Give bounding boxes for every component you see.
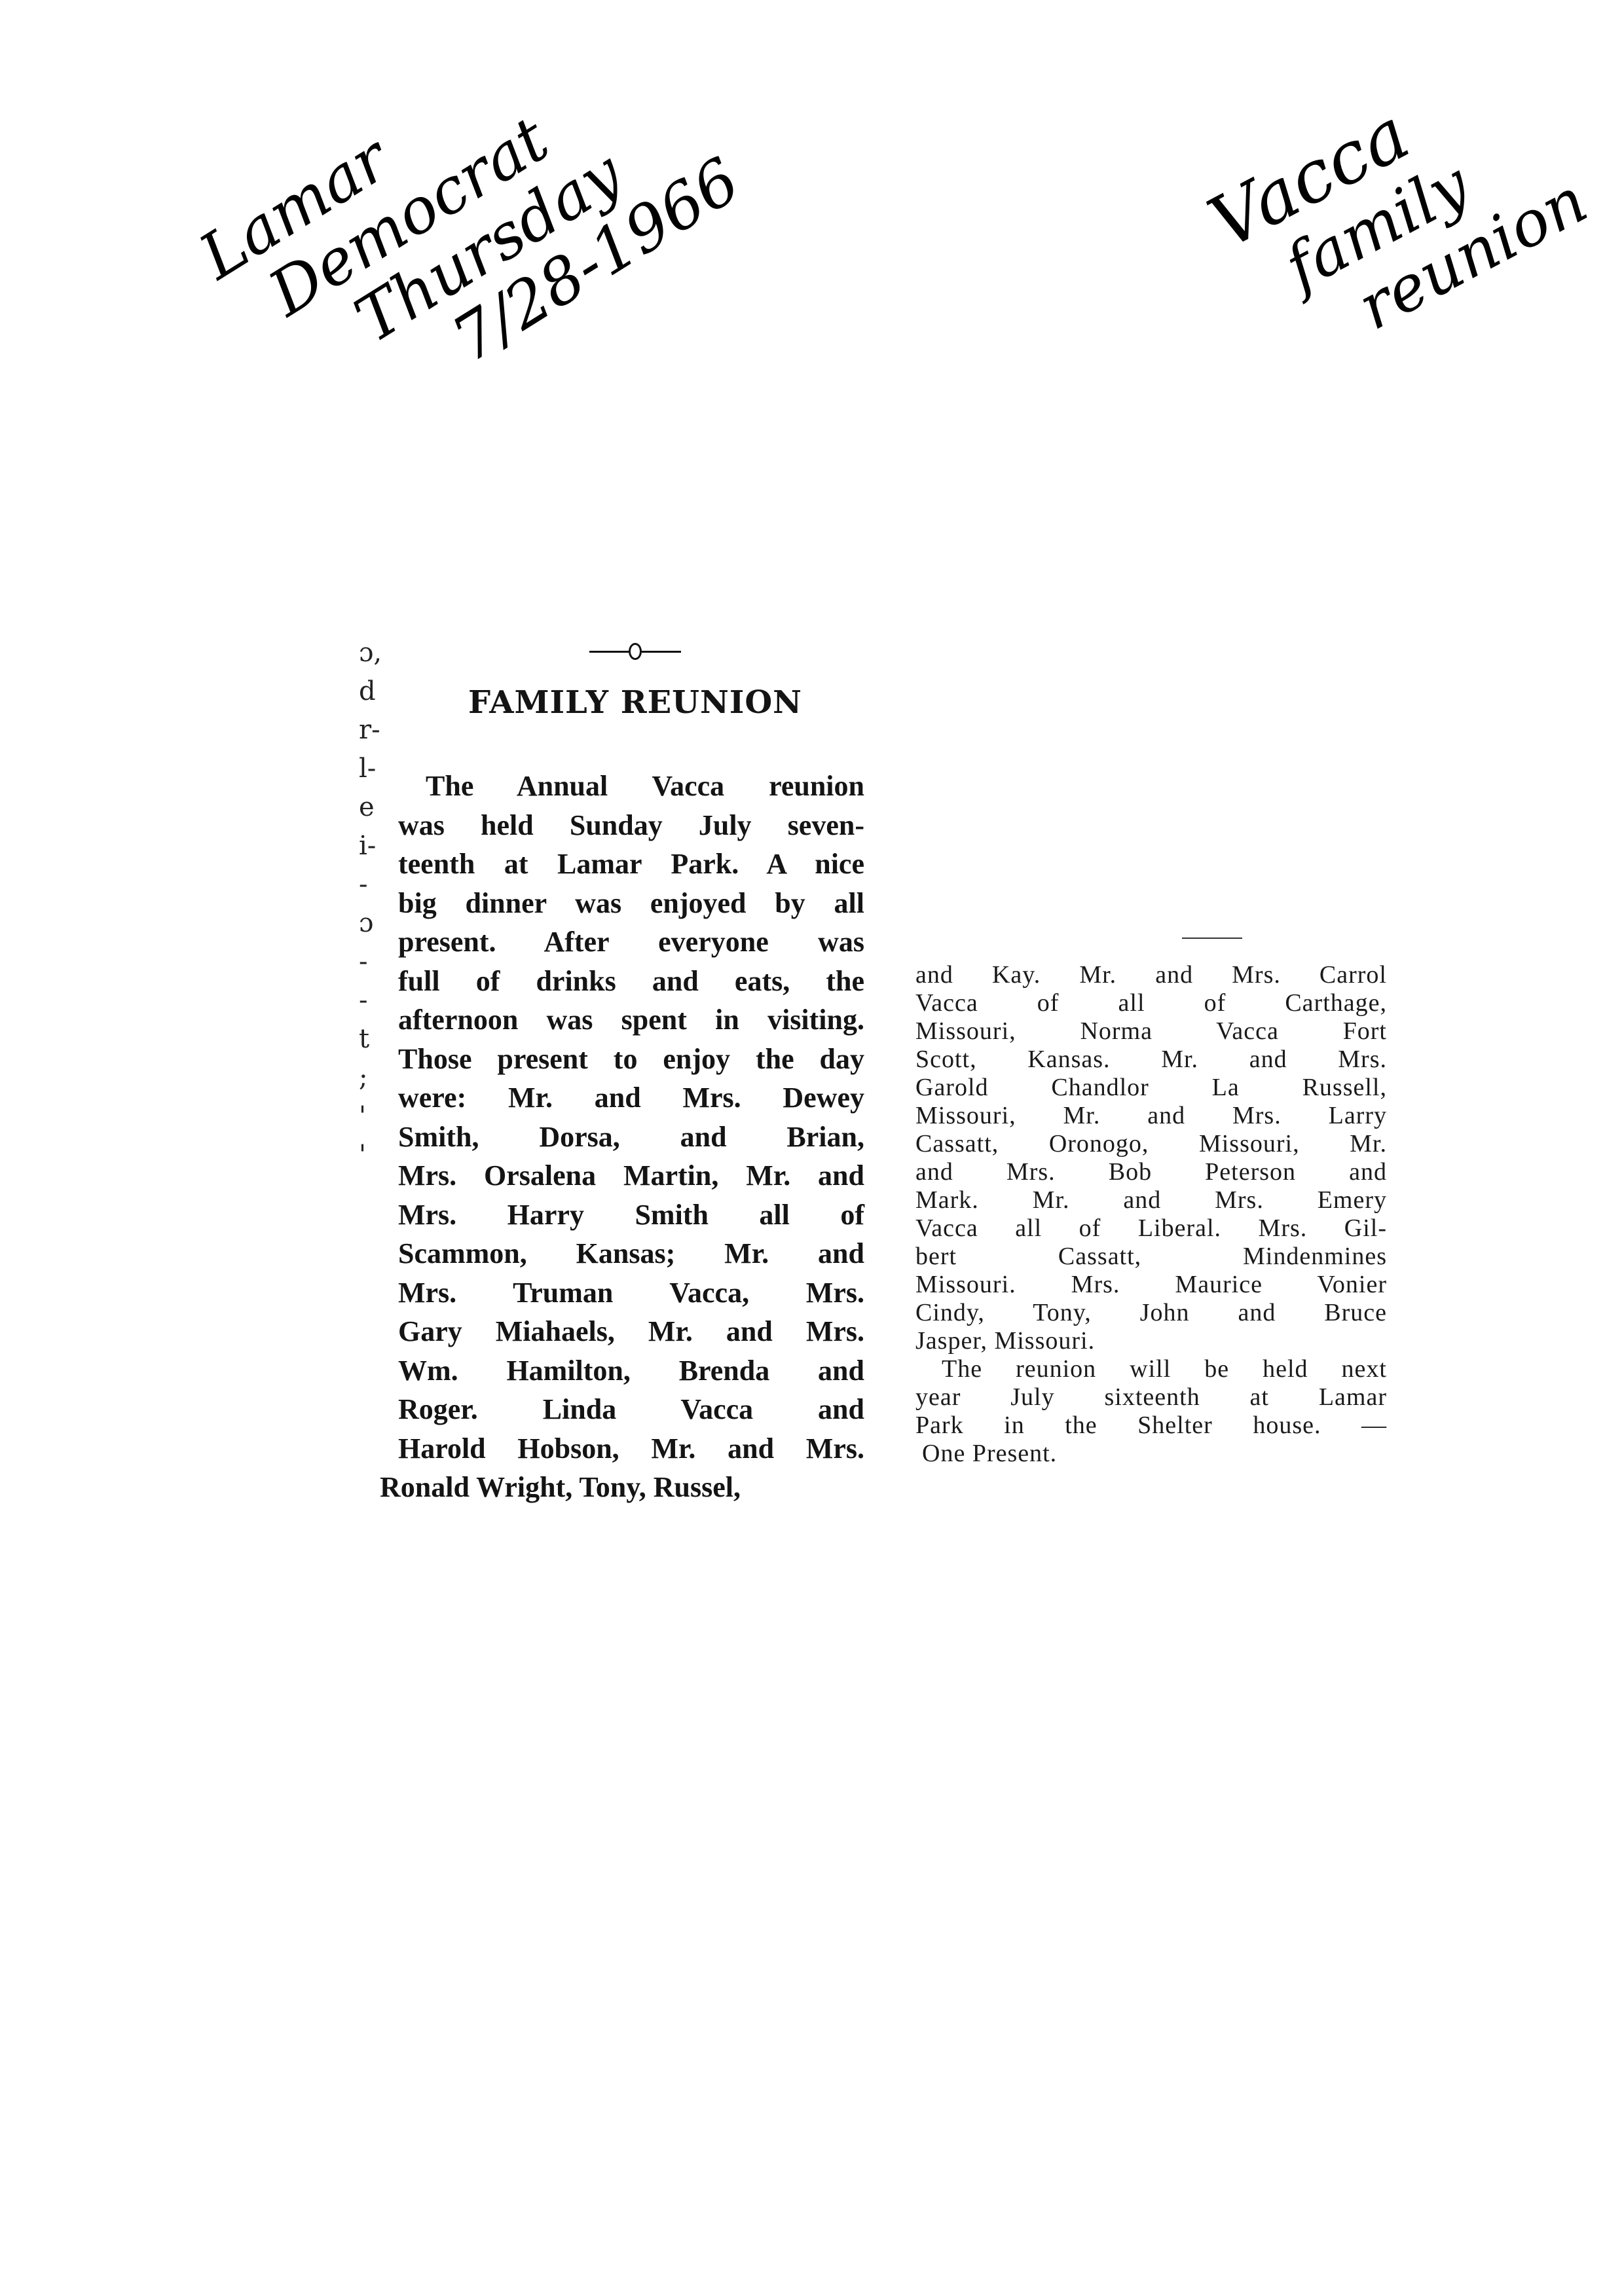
article-column-right: and Kay. Mr. and Mrs. Carrol Vacca of al… — [915, 936, 1387, 1468]
text-line: Harold Hobson, Mr. and Mrs. — [380, 1429, 864, 1468]
text-line: Vacca of all of Carthage, — [915, 989, 1387, 1017]
text-line: Mrs. Harry Smith all of — [380, 1195, 864, 1235]
text-line: Gary Miahaels, Mr. and Mrs. — [380, 1312, 864, 1351]
text-line: was held Sunday July seven- — [380, 806, 864, 845]
article-signature: One Present. — [915, 1440, 1387, 1468]
text-line: Smith, Dorsa, and Brian, — [380, 1118, 864, 1157]
text-line: teenth at Lamar Park. A nice — [380, 845, 864, 884]
text-line: Mark. Mr. and Mrs. Emery — [915, 1186, 1387, 1214]
text-line: Those present to enjoy the day — [380, 1040, 864, 1079]
text-line: were: Mr. and Mrs. Dewey — [380, 1078, 864, 1118]
text-line: Mrs. Orsalena Martin, Mr. and — [380, 1156, 864, 1195]
article-headline: FAMILY REUNION — [406, 684, 864, 721]
article-body-left: The Annual Vacca reunion was held Sunday… — [380, 767, 864, 1507]
separator-circle-icon — [629, 643, 642, 660]
handwritten-note-newspaper-date: Lamar Democrat Thursday 7/28-1966 — [190, 0, 749, 462]
text-line: Roger. Linda Vacca and — [380, 1390, 864, 1429]
text-line: Cassatt, Oronogo, Missouri, Mr. — [915, 1130, 1387, 1158]
text-line: Wm. Hamilton, Brenda and — [380, 1351, 864, 1391]
text-line: Scammon, Kansas; Mr. and — [380, 1234, 864, 1273]
closing-text-line: Park in the Shelter house. — — [915, 1412, 1387, 1440]
text-line: The Annual Vacca reunion — [380, 767, 864, 806]
text-line: present. After everyone was — [380, 922, 864, 962]
text-line: Mrs. Truman Vacca, Mrs. — [380, 1273, 864, 1313]
text-line: big dinner was enjoyed by all — [380, 884, 864, 923]
text-line: Ronald Wright, Tony, Russel, — [380, 1468, 864, 1507]
separator-rule — [589, 651, 629, 653]
text-line: afternoon was spent in visiting. — [380, 1000, 864, 1040]
closing-text-line: year July sixteenth at Lamar — [915, 1383, 1387, 1412]
text-line: and Mrs. Bob Peterson and — [915, 1158, 1387, 1186]
text-line: Cindy, Tony, John and Bruce — [915, 1299, 1387, 1327]
text-line: full of drinks and eats, the — [380, 962, 864, 1001]
separator-rule — [642, 651, 681, 653]
text-line: Missouri, Mr. and Mrs. Larry — [915, 1102, 1387, 1130]
section-separator — [406, 638, 864, 665]
article-body-right: and Kay. Mr. and Mrs. Carrol Vacca of al… — [915, 961, 1387, 1468]
text-line: Vacca all of Liberal. Mrs. Gil- — [915, 1214, 1387, 1243]
text-line: bert Cassatt, Mindenmines — [915, 1243, 1387, 1271]
text-line: and Kay. Mr. and Mrs. Carrol — [915, 961, 1387, 989]
text-line: Missouri. Mrs. Maurice Vonier — [915, 1271, 1387, 1299]
text-line: Missouri, Norma Vacca Fort — [915, 1017, 1387, 1046]
closing-text-line: The reunion will be held next — [915, 1355, 1387, 1383]
handwritten-note-topic: Vacca family reunion — [1198, 37, 1596, 382]
text-line: Jasper, Missouri. — [915, 1327, 1387, 1355]
article-column-left: FAMILY REUNION The Annual Vacca reunion … — [380, 638, 864, 1507]
text-line: Garold Chandlor La Russell, — [915, 1074, 1387, 1102]
text-line: Scott, Kansas. Mr. and Mrs. — [915, 1046, 1387, 1074]
